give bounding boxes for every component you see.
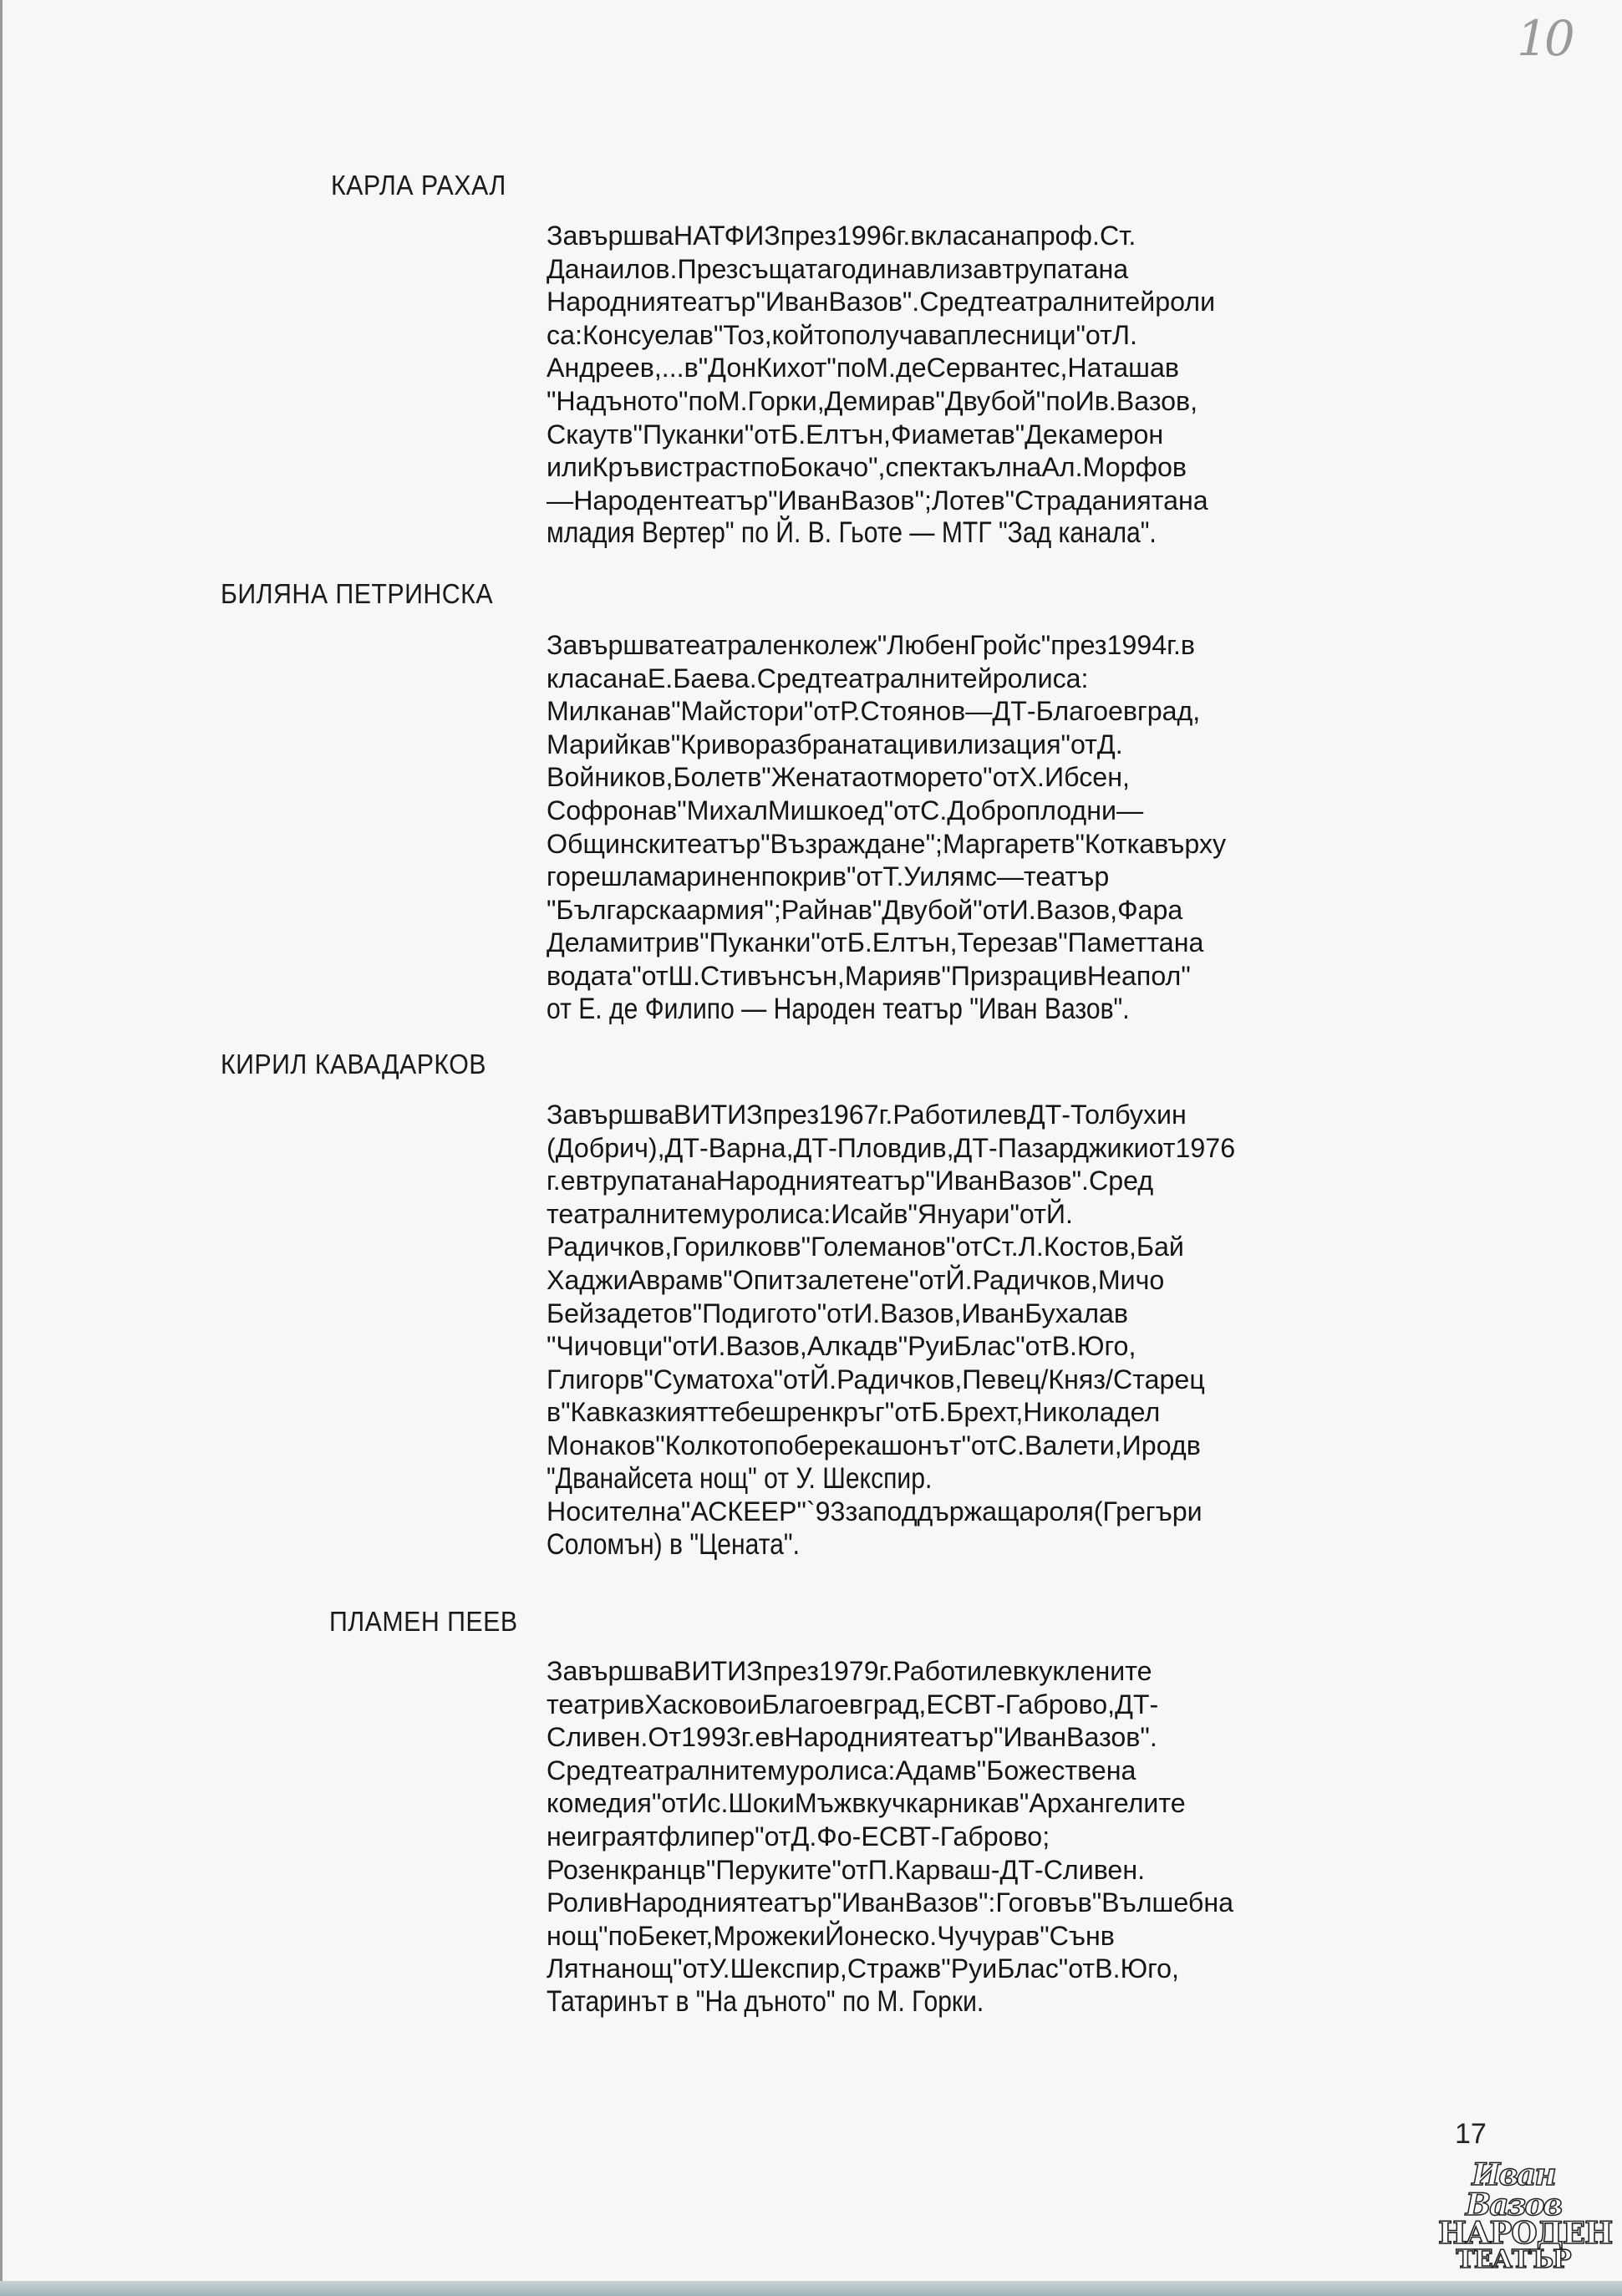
bio-line: Носителна"АСКЕЕР"`93заподдържащароля(Гре… xyxy=(547,1495,1439,1528)
actor-bio: ЗавършваВИТИЗпрез1979г.Работилевкукленит… xyxy=(547,1654,1439,2019)
bio-line: "Дванайсета нощ" от У. Шекспир. xyxy=(547,1462,1439,1496)
bio-line: ЗавършваНАТФИЗпрез1996г.вкласанапроф.Ст. xyxy=(547,219,1439,252)
bio-line: Софронав"МихалМишкоед"отС.Доброплодни— xyxy=(547,794,1439,827)
bio-line: Войников,Болетв"Женатаотморето"отХ.Ибсен… xyxy=(547,760,1439,794)
bio-line: (Добрич),ДТ-Варна,ДТ-Пловдив,ДТ-Пазарджи… xyxy=(547,1131,1439,1165)
bio-line: Розенкранцв"Перуките"отП.Карваш-ДТ-Сливе… xyxy=(547,1853,1439,1887)
bio-line: Глигорв"Суматоха"отЙ.Радичков,Певец/Княз… xyxy=(547,1363,1439,1396)
bio-line: Общинскитеатър"Възраждане";Маргаретв"Кот… xyxy=(547,827,1439,861)
bio-line: ХаджиАврамв"Опитзалетене"отЙ.Радичков,Ми… xyxy=(547,1263,1439,1297)
bio-line: Монаков"Колкотопоберекашонът"отС.Валети,… xyxy=(547,1429,1439,1462)
bio-line: "Чичовци"отИ.Вазов,Алкадв"РуиБлас"отВ.Юг… xyxy=(547,1329,1439,1363)
bio-line: водата"отШ.Стивънсън,Марияв"ПризрацивНеа… xyxy=(547,959,1439,993)
bio-line: Сливен.От1993г.евНародниятеатър"ИванВазо… xyxy=(547,1720,1439,1754)
page-number: 17 xyxy=(1455,2118,1487,2151)
bio-line: от Е. де Филипо — Народен театър "Иван В… xyxy=(547,993,1439,1026)
bio-line: ЗавършваВИТИЗпрез1979г.Работилевкукленит… xyxy=(547,1654,1439,1688)
bio-line: Соломън) в "Цената". xyxy=(547,1528,1439,1562)
bio-line: неиграятфлипер"отД.Фо-ЕСВТ-Габрово; xyxy=(547,1820,1439,1853)
bio-line: младия Вертер" по Й. В. Гьоте — МТГ "Зад… xyxy=(547,516,1439,550)
bio-line: Милканав"Майстори"отР.Стоянов—ДТ-Благоев… xyxy=(547,694,1439,728)
actor-bio: ЗавършваВИТИЗпрез1967г.РаботилевДТ-Толбу… xyxy=(547,1098,1439,1561)
national-theatre-logo: Иван Вазов НАРОДЕН ТЕАТЪР xyxy=(1438,2160,1589,2260)
bio-line: "Надъното"поМ.Горки,Демирав"Двубой"поИв.… xyxy=(547,384,1439,418)
bio-line: ЗавършваВИТИЗпрез1967г.РаботилевДТ-Толбу… xyxy=(547,1098,1439,1131)
bio-line: в"Кавказкияттебешренкръг"отБ.Брехт,Никол… xyxy=(547,1395,1439,1429)
bio-line: "Българскаармия";Райнав"Двубой"отИ.Вазов… xyxy=(547,893,1439,927)
logo-line-1: НАРОДЕН xyxy=(1438,2220,1589,2247)
bio-line: илиКръвистрастпоБокачо",спектакълнаАл.Мо… xyxy=(547,450,1439,484)
logo-line-2: ТЕАТЪР xyxy=(1438,2247,1589,2273)
actor-name: БИЛЯНА ПЕТРИНСКА xyxy=(221,578,493,610)
bio-line: Марийкав"Криворазбранатацивилизация"отД. xyxy=(547,728,1439,761)
bio-line: Скаутв"Пуканки"отБ.Елтън,Фиаметав"Декаме… xyxy=(547,418,1439,451)
handwritten-page-annotation: 10 xyxy=(1517,10,1572,67)
bio-line: Народниятеатър"ИванВазов".Средтеатралнит… xyxy=(547,285,1439,318)
bio-line: Бейзадетов"Подигото"отИ.Вазов,ИванБухала… xyxy=(547,1297,1439,1330)
bio-line: РоливНародниятеатър"ИванВазов":Гоговъв"В… xyxy=(547,1886,1439,1919)
document-page: 10 КАРЛА РАХАЛ ЗавършваНАТФИЗпрез1996г.в… xyxy=(0,0,1622,2281)
bio-line: Завършватеатраленколеж"ЛюбенГройс"през19… xyxy=(547,628,1439,662)
bio-line: Деламитрив"Пуканки"отБ.Елтън,Терезав"Пам… xyxy=(547,926,1439,959)
bio-line: класанаЕ.Баева.Средтеатралнитейролиса: xyxy=(547,662,1439,695)
bio-line: Данаилов.Презсъщатагодинавлизавтрупатана xyxy=(547,252,1439,286)
bio-line: нощ"поБекет,МрожекиЙонеско.Чучурав"Сънв xyxy=(547,1919,1439,1953)
scan-bottom-edge xyxy=(0,2281,1622,2296)
bio-line: Лятнанощ"отУ.Шекспир,Стражв"РуиБлас"отВ.… xyxy=(547,1952,1439,1985)
bio-line: театривХасковоиБлагоевград,ЕСВТ-Габрово,… xyxy=(547,1688,1439,1721)
bio-line: комедия"отИс.ШокиМъжвкучкарникав"Арханге… xyxy=(547,1786,1439,1820)
bio-line: горешламариненпокрив"отТ.Уилямс—театър xyxy=(547,860,1439,893)
bio-line: —Народентеатър"ИванВазов";Лотев"Страдани… xyxy=(547,484,1439,517)
actor-name: КАРЛА РАХАЛ xyxy=(331,170,506,201)
actor-name: ПЛАМЕН ПЕЕВ xyxy=(329,1606,518,1638)
actor-bio: ЗавършваНАТФИЗпрез1996г.вкласанапроф.Ст.… xyxy=(547,219,1439,550)
actor-name: КИРИЛ КАВАДАРКОВ xyxy=(221,1049,486,1080)
bio-line: Андреев,...в"ДонКихот"поМ.деСервантес,На… xyxy=(547,351,1439,384)
bio-line: Средтеатралнитемуролиса:Адамв"Божествена xyxy=(547,1754,1439,1787)
logo-signature: Иван Вазов xyxy=(1438,2160,1589,2220)
bio-line: театралнитемуролиса:Исайв"Януари"отЙ. xyxy=(547,1197,1439,1231)
bio-line: Татаринът в "На дъното" по М. Горки. xyxy=(547,1985,1439,2019)
bio-line: са:Консуелав"Тоз,койтополучаваплесници"о… xyxy=(547,318,1439,352)
bio-line: Радичков,Горилковв"Големанов"отСт.Л.Кост… xyxy=(547,1230,1439,1263)
actor-bio: Завършватеатраленколеж"ЛюбенГройс"през19… xyxy=(547,628,1439,1025)
bio-line: г.евтрупатанаНародниятеатър"ИванВазов".С… xyxy=(547,1164,1439,1197)
